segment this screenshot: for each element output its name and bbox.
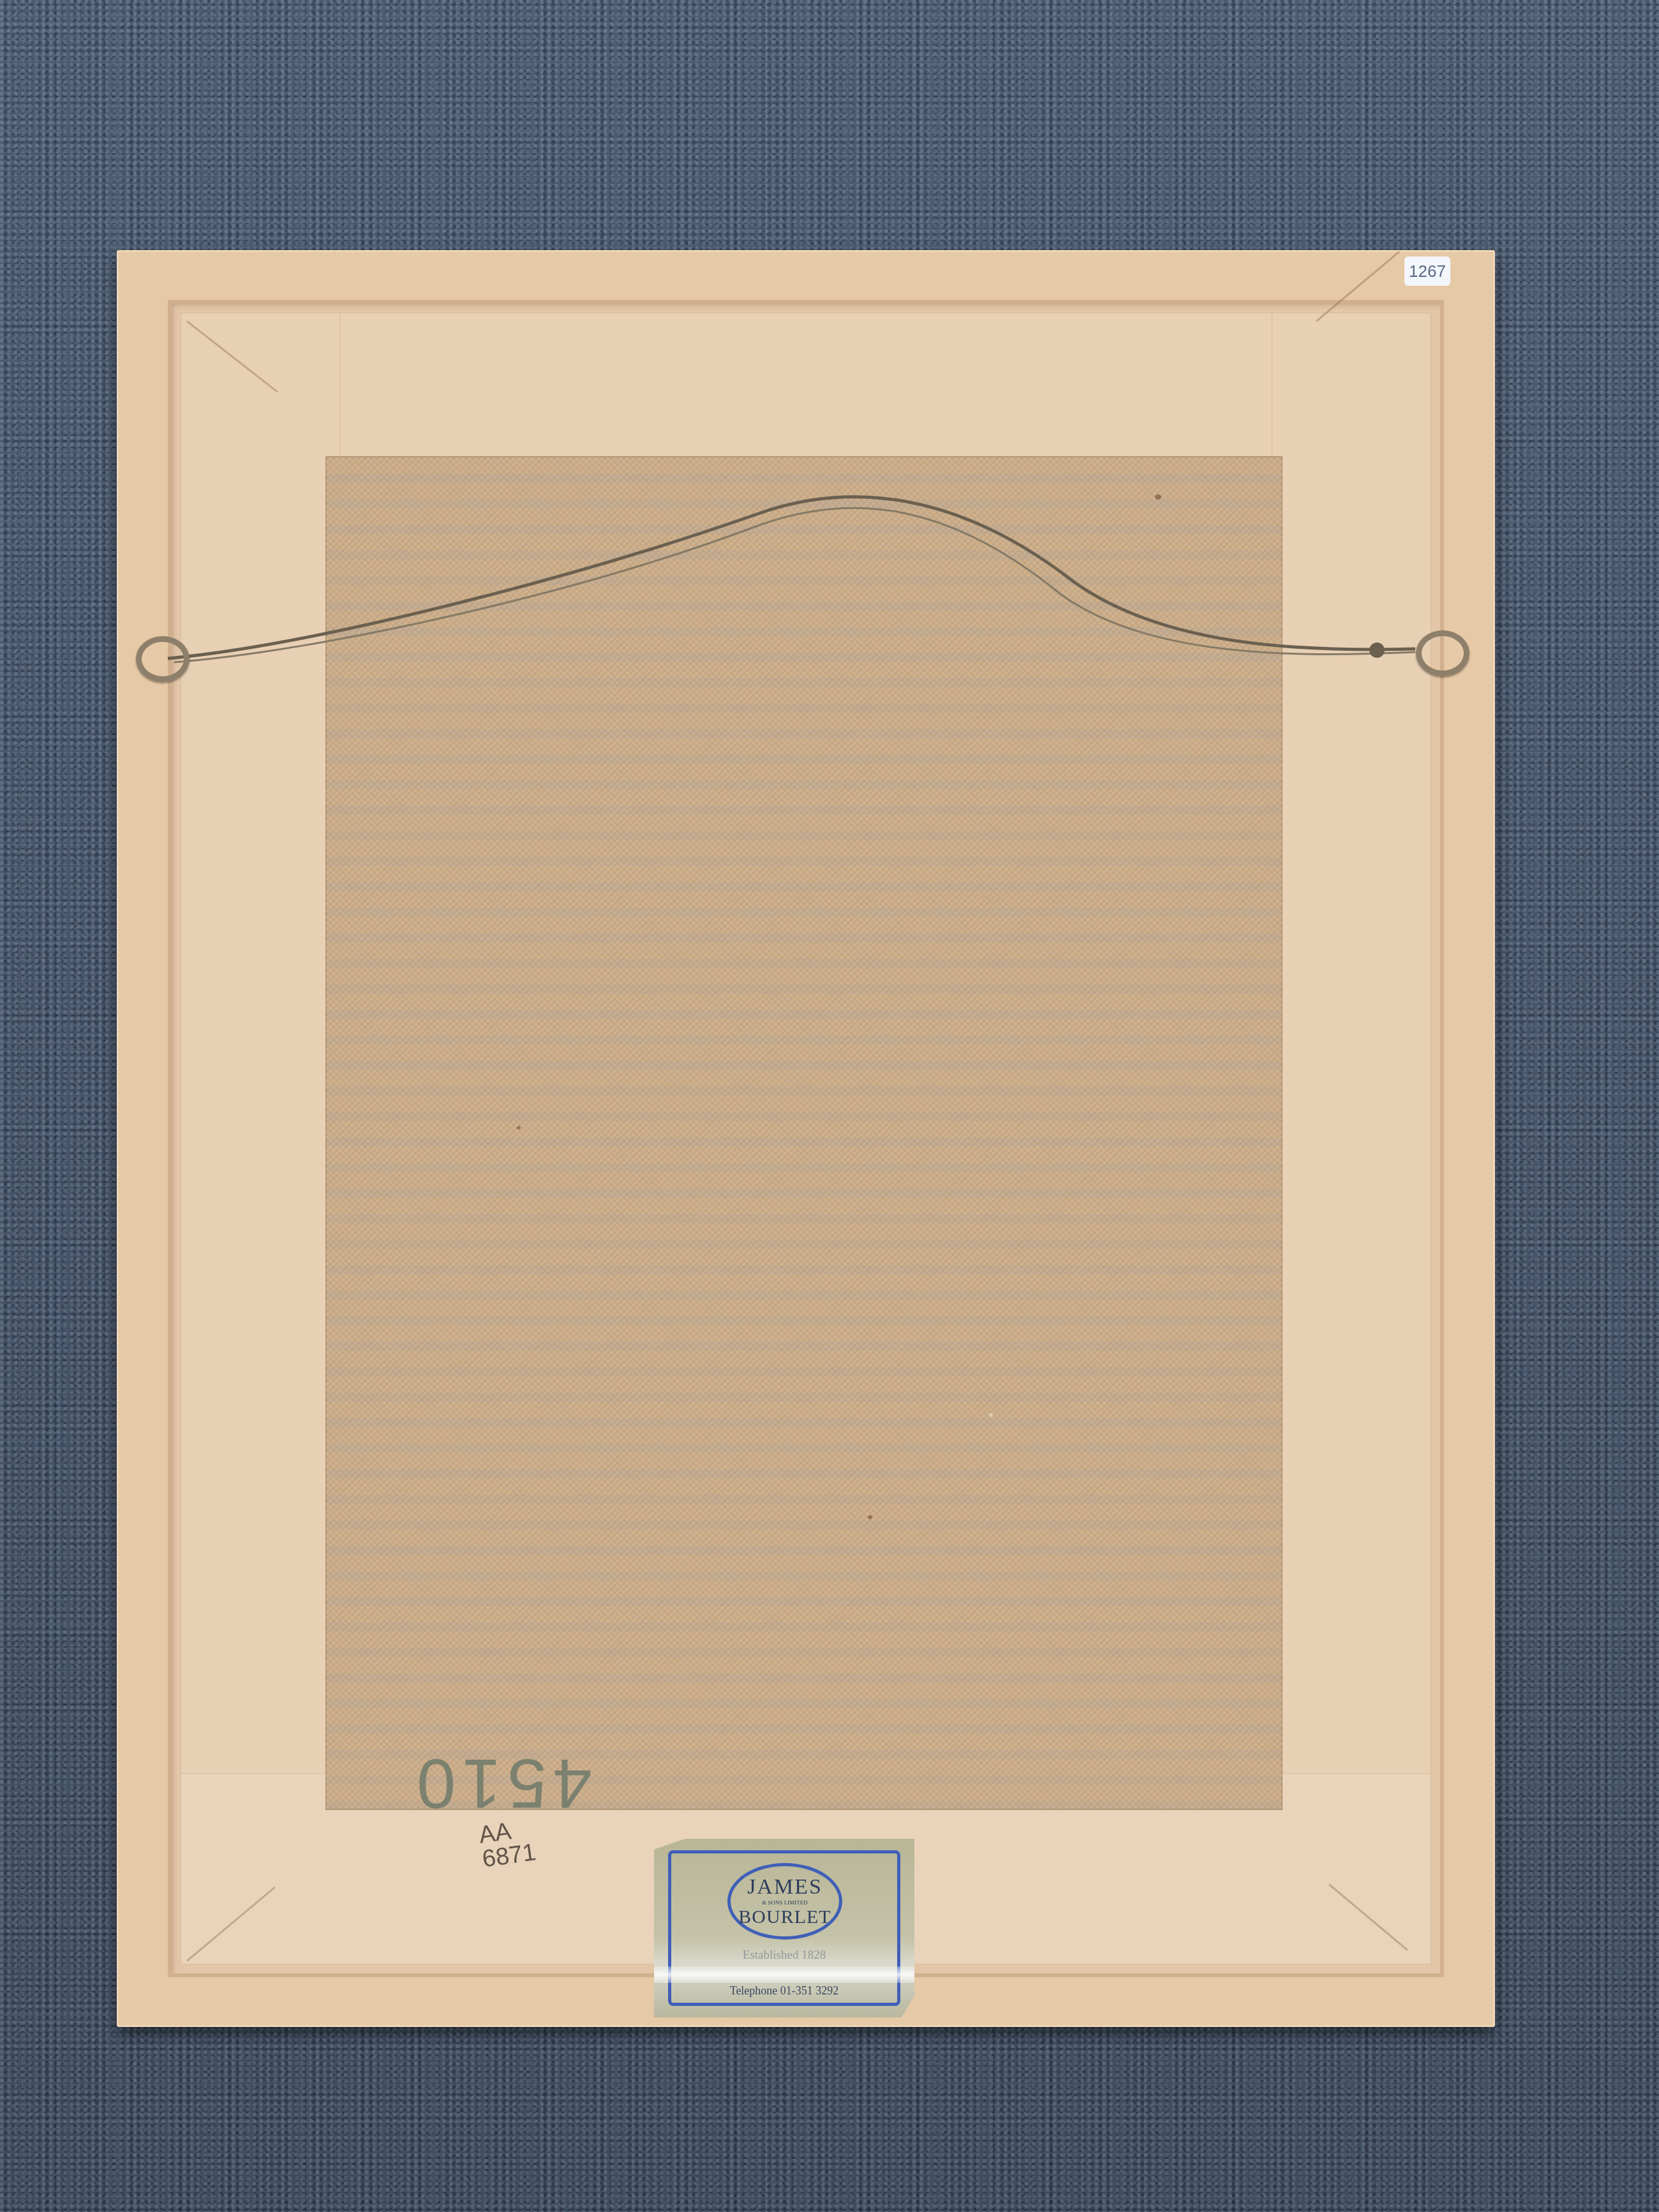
pencil-inscription-small: AA 6871 — [477, 1816, 537, 1871]
paper-tape-left — [181, 313, 340, 1964]
label-logo-oval: JAMES & SONS LIMITED BOURLET — [727, 1863, 842, 1940]
gallery-label: JAMES & SONS LIMITED BOURLET Established… — [654, 1839, 914, 2017]
board-speck — [1155, 494, 1161, 500]
label-established: Established 1828 — [654, 1948, 914, 1963]
label-name-bottom: BOURLET — [738, 1908, 831, 1927]
inventory-sticker: 1267 — [1404, 256, 1450, 286]
picture-frame-back: 1267 4510 AA 6871 JAMES & SONS LIMITED B… — [117, 250, 1495, 2027]
hardboard-backing-panel — [325, 456, 1283, 1810]
label-telephone: Telephone 01-351 3292 — [654, 1984, 914, 1998]
label-name-top: JAMES — [747, 1876, 822, 1898]
board-speck — [989, 1413, 993, 1417]
d-ring-left — [136, 636, 190, 682]
pencil-inscription-main: 4510 — [410, 1743, 592, 1824]
board-speck — [517, 1126, 521, 1129]
board-speck — [868, 1515, 872, 1519]
d-ring-right — [1416, 630, 1469, 676]
label-tape-shine — [654, 1966, 914, 1983]
paper-tape-top — [181, 313, 1431, 472]
label-name-middle: & SONS LIMITED — [762, 1900, 808, 1906]
paper-tape-right — [1272, 313, 1431, 1964]
